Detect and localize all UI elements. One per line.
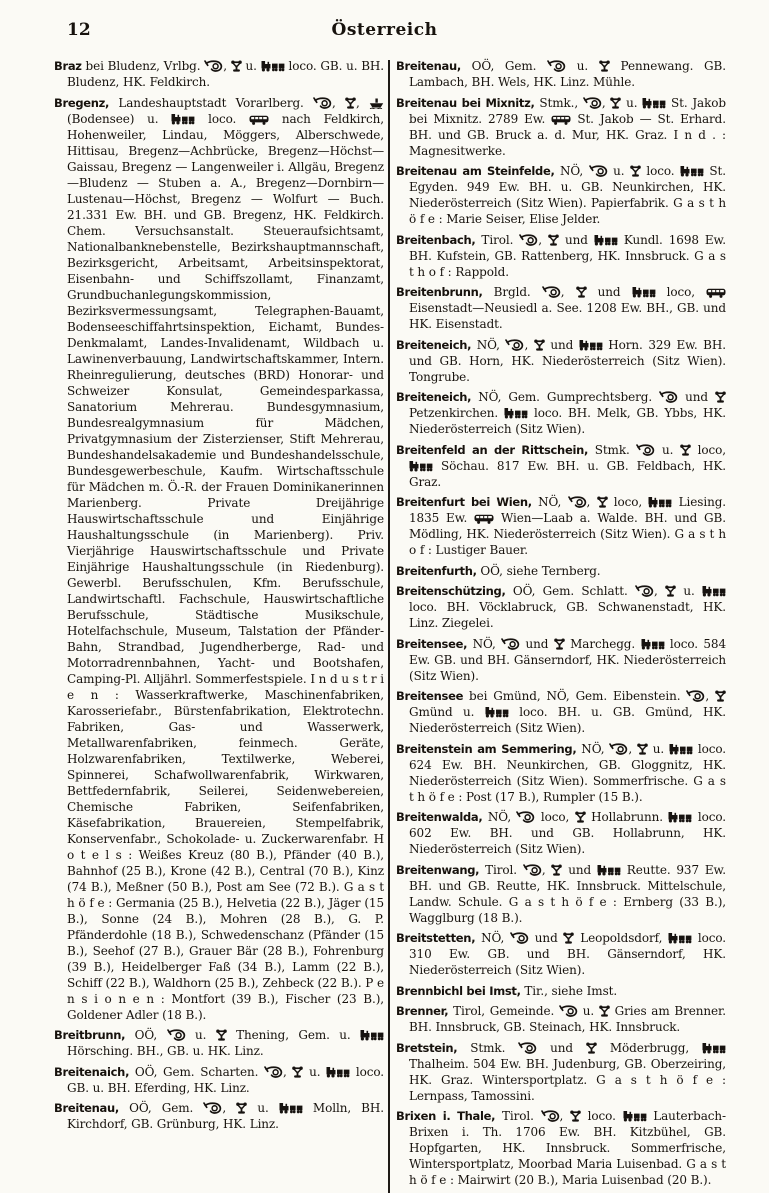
train-icon [326, 1064, 350, 1080]
directory-entry: Breitenau, OÖ, Gem. , u. Molln, BH. Kirc… [54, 1100, 384, 1132]
train-icon [623, 1108, 647, 1124]
posthorn-icon [523, 862, 542, 878]
posthorn-icon [264, 1064, 283, 1080]
train-icon [680, 163, 704, 179]
entry-headword: Breitenfurt bei Wien, [396, 495, 532, 509]
page-title: Österreich [0, 0, 769, 40]
telephone-icon [292, 1064, 303, 1080]
entry-headword: Brennbichl bei Imst, [396, 984, 521, 998]
directory-entry: Breitenwalda, NÖ, loco, Hollabrunn. loco… [396, 809, 726, 857]
directory-entry: Breitstetten, NÖ, und Leopoldsdorf, loco… [396, 930, 726, 978]
posthorn-icon [636, 442, 655, 458]
posthorn-icon [505, 337, 524, 353]
posthorn-icon [583, 95, 602, 111]
train-icon [579, 337, 603, 353]
directory-entry: Breiteneich, NÖ, Gem. Gumprechtsberg. un… [396, 389, 726, 437]
entry-headword: Breitenau bei Mixnitz, [396, 96, 535, 110]
train-icon [668, 930, 692, 946]
telephone-icon [665, 583, 676, 599]
content-columns: Braz bei Bludenz, Vrlbg. , u. loco. GB. … [0, 52, 769, 1193]
posthorn-icon [541, 1108, 560, 1124]
page-header: 12 Österreich [0, 0, 769, 52]
bus-icon [474, 510, 494, 526]
posthorn-icon [589, 163, 608, 179]
train-icon [648, 494, 672, 510]
entry-headword: Braz [54, 59, 82, 73]
directory-entry: Breitenfurth, OÖ, siehe Ternberg. [396, 563, 726, 579]
directory-entry: Breitenwang, Tirol. , und Reutte. 937 Ew… [396, 862, 726, 926]
train-icon [409, 458, 433, 474]
page-number: 12 [67, 20, 91, 40]
telephone-icon [610, 95, 621, 111]
directory-page: 12 Österreich Braz bei Bludenz, Vrlbg. ,… [0, 0, 769, 1193]
directory-entry: Breitenbach, Tirol. , und Kundl. 1698 Ew… [396, 232, 726, 280]
posthorn-icon [313, 95, 332, 111]
posthorn-icon [609, 741, 628, 757]
column-right: Breitenau, OÖ, Gem. u. Pennewang. GB. La… [396, 58, 726, 1193]
entry-headword: Breiteneich, [396, 390, 471, 404]
entry-headword: Bretstein, [396, 1041, 457, 1055]
telephone-icon [715, 389, 726, 405]
bus-icon [706, 284, 726, 300]
posthorn-icon [635, 583, 654, 599]
directory-entry: Breitenschützing, OÖ, Gem. Schlatt. , u.… [396, 583, 726, 631]
entry-headword: Breitenschützing, [396, 584, 506, 598]
telephone-icon [680, 442, 691, 458]
telephone-icon [630, 163, 641, 179]
train-icon [668, 809, 692, 825]
telephone-icon [236, 1100, 247, 1116]
train-icon [504, 405, 528, 421]
posthorn-icon [686, 688, 705, 704]
train-icon [702, 583, 726, 599]
entry-headword: Breitenstein am Semmering, [396, 742, 576, 756]
posthorn-icon [542, 284, 561, 300]
train-icon [642, 95, 666, 111]
directory-entry: Breitenstein am Semmering, NÖ, , u. loco… [396, 741, 726, 805]
directory-entry: Braz bei Bludenz, Vrlbg. , u. loco. GB. … [54, 58, 384, 90]
telephone-icon [599, 1003, 610, 1019]
entry-headword: Breitenbach, [396, 233, 475, 247]
train-icon [669, 741, 693, 757]
entry-headword: Breitenau, [54, 1101, 119, 1115]
column-divider [388, 60, 390, 1193]
bus-icon [249, 111, 269, 127]
directory-entry: Breitenau, OÖ, Gem. u. Pennewang. GB. La… [396, 58, 726, 90]
entry-headword: Brenner, [396, 1004, 448, 1018]
directory-entry: Breitenfurt bei Wien, NÖ, , loco, Liesin… [396, 494, 726, 558]
entry-headword: Breitenwang, [396, 863, 479, 877]
train-icon [360, 1027, 384, 1043]
entry-headword: Brixen i. Thale, [396, 1109, 495, 1123]
telephone-icon [715, 688, 726, 704]
directory-entry: Breitenfeld an der Rittschein, Stmk. u. … [396, 442, 726, 490]
directory-entry: Bretstein, Stmk. und Möderbrugg, Thalhei… [396, 1040, 726, 1104]
entry-headword: Breitenwalda, [396, 810, 482, 824]
telephone-icon [231, 58, 242, 74]
posthorn-icon [547, 58, 566, 74]
telephone-icon [586, 1040, 597, 1056]
telephone-icon [345, 95, 356, 111]
entry-headword: Breitensee [396, 689, 463, 703]
telephone-icon [554, 636, 565, 652]
posthorn-icon [516, 809, 535, 825]
directory-entry: Breitensee bei Gmünd, NÖ, Gem. Eibenstei… [396, 688, 726, 736]
directory-entry: Bregenz, Landeshauptstadt Vorarlberg. , … [54, 95, 384, 1023]
telephone-icon [216, 1027, 227, 1043]
directory-entry: Breitenbrunn, Brgld. , und loco, Eisenst… [396, 284, 726, 332]
directory-entry: Brixen i. Thale, Tirol. , loco. Lauterba… [396, 1108, 726, 1188]
entry-headword: Breiteneich, [396, 338, 471, 352]
posthorn-icon [167, 1027, 186, 1043]
posthorn-icon [510, 930, 529, 946]
telephone-icon [534, 337, 545, 353]
ship-icon [369, 95, 384, 111]
directory-entry: Brenner, Tirol, Gemeinde. u. Gries am Br… [396, 1003, 726, 1035]
entry-headword: Breitstetten, [396, 931, 475, 945]
train-icon [702, 1040, 726, 1056]
telephone-icon [563, 930, 574, 946]
telephone-icon [576, 284, 587, 300]
directory-entry: Breitenau bei Mixnitz, Stmk., , u. St. J… [396, 95, 726, 159]
telephone-icon [597, 494, 608, 510]
posthorn-icon [203, 1100, 222, 1116]
entry-headword: Breitenfeld an der Rittschein, [396, 443, 588, 457]
posthorn-icon [519, 232, 538, 248]
bus-icon [551, 111, 571, 127]
entry-headword: Breitenfurth, [396, 564, 477, 578]
entry-headword: Breitenau, [396, 59, 461, 73]
directory-entry: Breitensee, NÖ, und Marchegg. loco. 584 … [396, 636, 726, 684]
train-icon [261, 58, 285, 74]
posthorn-icon [501, 636, 520, 652]
posthorn-icon [659, 389, 678, 405]
telephone-icon [548, 232, 559, 248]
entry-headword: Breitbrunn, [54, 1028, 125, 1042]
entry-headword: Breitensee, [396, 637, 467, 651]
entry-headword: Breitenaich, [54, 1065, 129, 1079]
train-icon [485, 704, 509, 720]
telephone-icon [637, 741, 648, 757]
train-icon [632, 284, 656, 300]
directory-entry: Breiteneich, NÖ, , und Horn. 329 Ew. BH.… [396, 337, 726, 385]
directory-entry: Brennbichl bei Imst, Tir., siehe Imst. [396, 983, 726, 999]
train-icon [279, 1100, 303, 1116]
directory-entry: Breitenaich, OÖ, Gem. Scharten. , u. loc… [54, 1064, 384, 1096]
entry-headword: Breitenbrunn, [396, 285, 483, 299]
posthorn-icon [559, 1003, 578, 1019]
directory-entry: Breitenau am Steinfelde, NÖ, u. loco. St… [396, 163, 726, 227]
train-icon [171, 111, 195, 127]
column-left: Braz bei Bludenz, Vrlbg. , u. loco. GB. … [54, 58, 384, 1193]
posthorn-icon [568, 494, 587, 510]
posthorn-icon [204, 58, 223, 74]
train-icon [641, 636, 665, 652]
directory-entry: Breitbrunn, OÖ, u. Thening, Gem. u. Hörs… [54, 1027, 384, 1059]
train-icon [597, 862, 621, 878]
telephone-icon [575, 809, 586, 825]
telephone-icon [599, 58, 610, 74]
entry-headword: Breitenau am Steinfelde, [396, 164, 555, 178]
telephone-icon [551, 862, 562, 878]
telephone-icon [570, 1108, 581, 1124]
posthorn-icon [518, 1040, 537, 1056]
train-icon [594, 232, 618, 248]
entry-headword: Bregenz, [54, 96, 109, 110]
